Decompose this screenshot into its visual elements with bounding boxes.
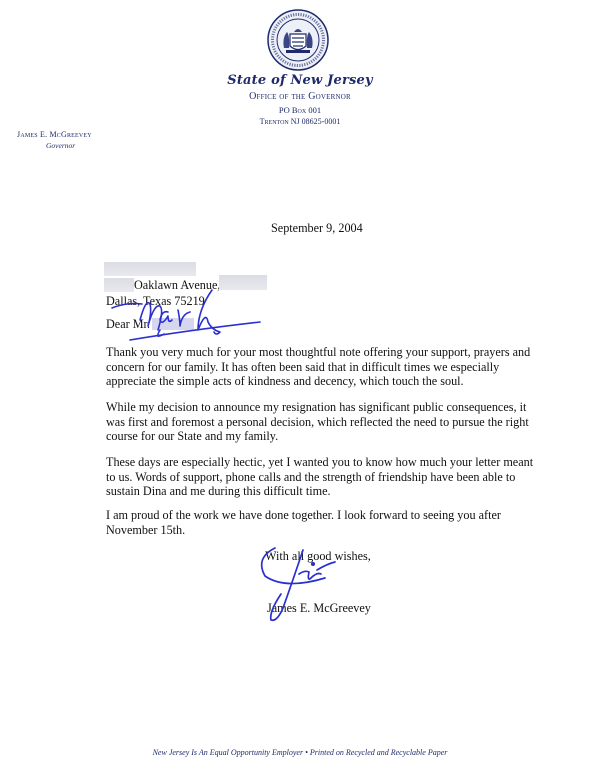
- paragraph-1: Thank you very much for your most though…: [106, 345, 576, 389]
- sender-name: James E. McGreevey: [17, 130, 92, 139]
- paragraph-text: Thank you very much for your most though…: [106, 345, 576, 389]
- handwritten-signature: [255, 540, 375, 630]
- handwritten-name-mark: [100, 290, 270, 350]
- state-name-heading: State of New Jersey: [0, 73, 600, 88]
- paragraph-2: While my decision to announce my resigna…: [106, 400, 576, 444]
- po-box: PO Box 001: [0, 105, 600, 115]
- state-seal-icon: [266, 8, 330, 72]
- paragraph-4: I am proud of the work we have done toge…: [106, 508, 576, 537]
- city-state-zip: Trenton NJ 08625-0001: [0, 117, 600, 126]
- office-name: Office of the Governor: [0, 91, 600, 102]
- redacted-recipient-name: [104, 262, 196, 276]
- paragraph-text: While my decision to announce my resigna…: [106, 400, 576, 444]
- redacted-address-unit: [219, 275, 267, 290]
- sender-title: Governor: [46, 141, 75, 150]
- paragraph-text: These days are especially hectic, yet I …: [106, 455, 576, 499]
- paragraph-3: These days are especially hectic, yet I …: [106, 455, 576, 499]
- footer-note: New Jersey Is An Equal Opportunity Emplo…: [0, 748, 600, 757]
- paragraph-text: I am proud of the work we have done toge…: [106, 508, 576, 537]
- letter-date: September 9, 2004: [271, 220, 363, 236]
